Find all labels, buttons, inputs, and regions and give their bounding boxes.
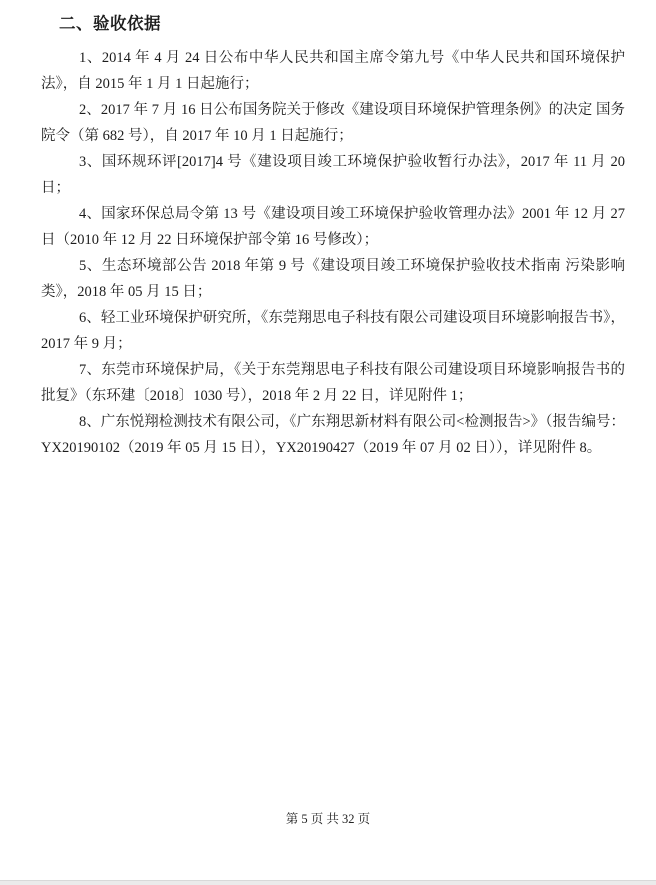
- page-footer: 第 5 页 共 32 页: [0, 811, 656, 828]
- acceptance-basis-item-8: 8、广东悦翔检测技术有限公司，《广东翔思新材料有限公司<检测报告>》（报告编号：…: [41, 409, 625, 461]
- acceptance-basis-item-7: 7、东莞市环境保护局，《关于东莞翔思电子科技有限公司建设项目环境影响报告书的批复…: [41, 357, 625, 409]
- acceptance-basis-item-3: 3、国环规环评[2017]4 号《建设项目竣工环境保护验收暂行办法》，2017 …: [41, 149, 625, 201]
- page-bottom-edge: [0, 880, 656, 885]
- document-content: 二、验收依据 1、2014 年 4 月 24 日公布中华人民共和国主席令第九号《…: [41, 13, 625, 461]
- page-number-label: 第 5 页 共 32 页: [286, 812, 370, 826]
- acceptance-basis-item-1: 1、2014 年 4 月 24 日公布中华人民共和国主席令第九号《中华人民共和国…: [41, 45, 625, 97]
- section-heading: 二、验收依据: [59, 13, 625, 36]
- acceptance-basis-item-4: 4、国家环保总局令第 13 号《建设项目竣工环境保护验收管理办法》2001 年 …: [41, 201, 625, 253]
- acceptance-basis-item-2: 2、2017 年 7 月 16 日公布国务院关于修改《建设项目环境保护管理条例》…: [41, 97, 625, 149]
- document-page: 二、验收依据 1、2014 年 4 月 24 日公布中华人民共和国主席令第九号《…: [0, 0, 656, 885]
- acceptance-basis-item-5: 5、生态环境部公告 2018 年第 9 号《建设项目竣工环境保护验收技术指南 污…: [41, 253, 625, 305]
- acceptance-basis-item-6: 6、轻工业环境保护研究所，《东莞翔思电子科技有限公司建设项目环境影响报告书》，2…: [41, 305, 625, 357]
